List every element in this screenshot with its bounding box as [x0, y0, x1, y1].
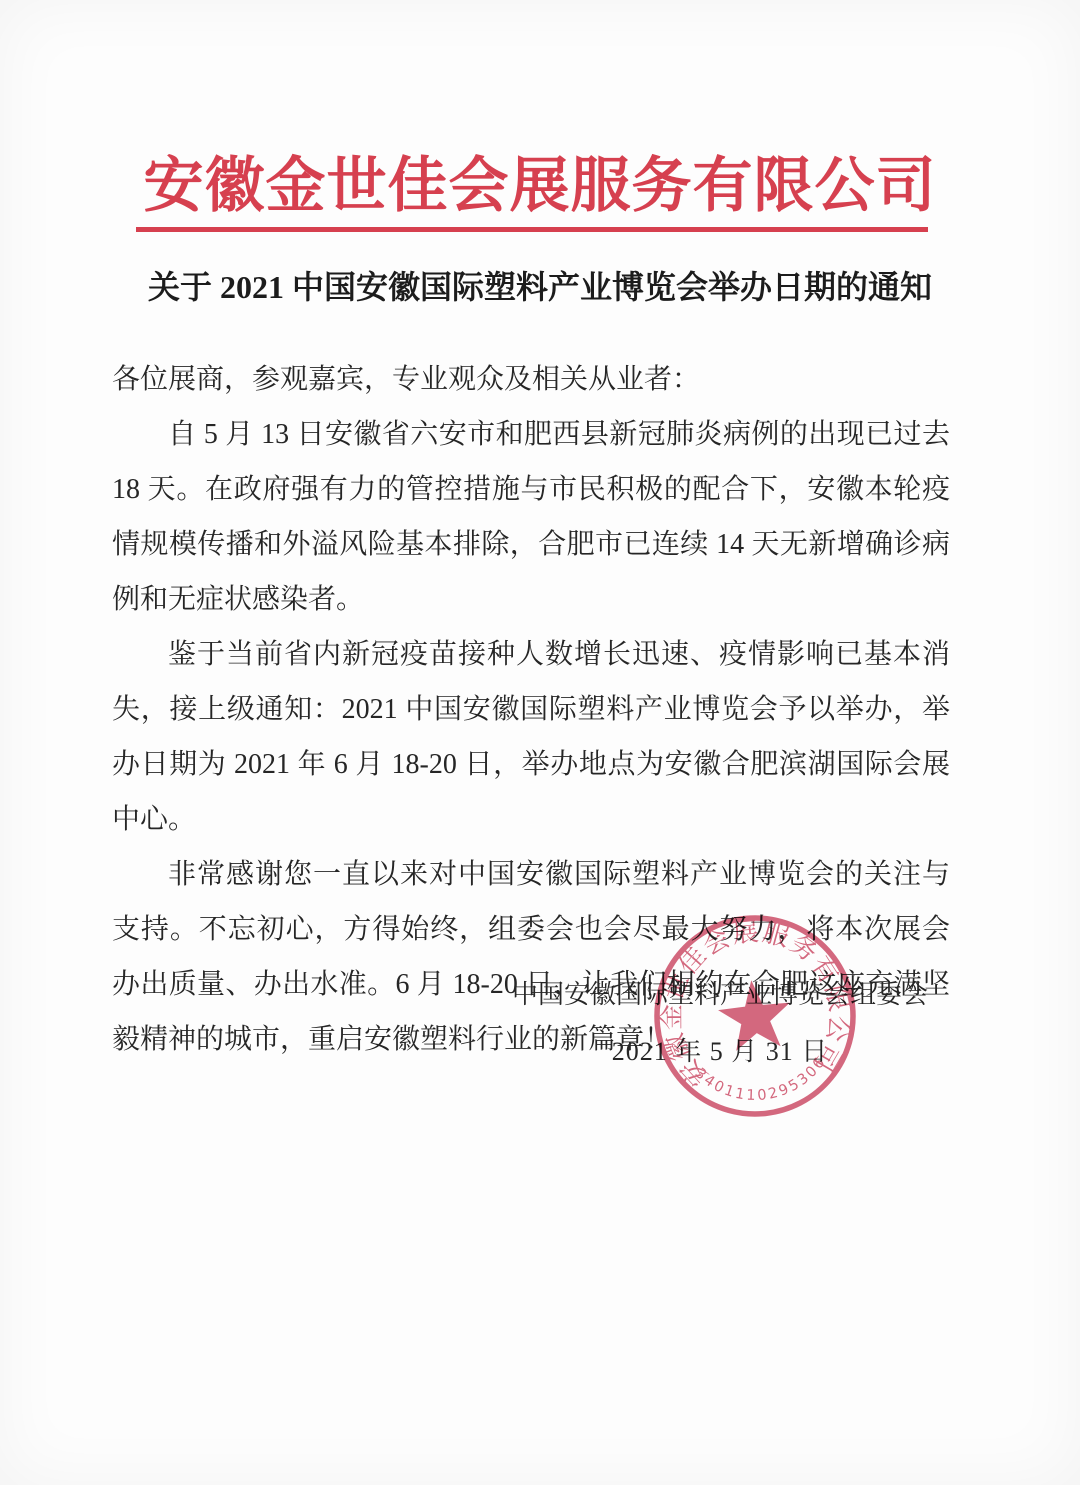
letterhead-divider-rule: [136, 227, 928, 232]
document-title: 关于 2021 中国安徽国际塑料产业博览会举办日期的通知: [0, 262, 1080, 308]
seal-star-icon: [715, 976, 794, 1052]
seal-graphic: 安徽金世佳会展服务有限公司 3401110295306: [640, 901, 871, 1132]
company-seal-stamp: 安徽金世佳会展服务有限公司 3401110295306: [640, 901, 871, 1132]
notice-document-page: 安徽金世佳会展服务有限公司 关于 2021 中国安徽国际塑料产业博览会举办日期的…: [0, 0, 1080, 1485]
salutation-line: 各位展商，参观嘉宾，专业观众及相关从业者：: [112, 352, 950, 407]
letterhead-company-name: 安徽金世佳会展服务有限公司: [0, 138, 1080, 224]
body-paragraph-2: 鉴于当前省内新冠疫苗接种人数增长迅速、疫情影响已基本消失，接上级通知：2021 …: [112, 627, 950, 847]
body-paragraph-1: 自 5 月 13 日安徽省六安市和肥西县新冠肺炎病例的出现已过去 18 天。在政…: [112, 407, 950, 627]
